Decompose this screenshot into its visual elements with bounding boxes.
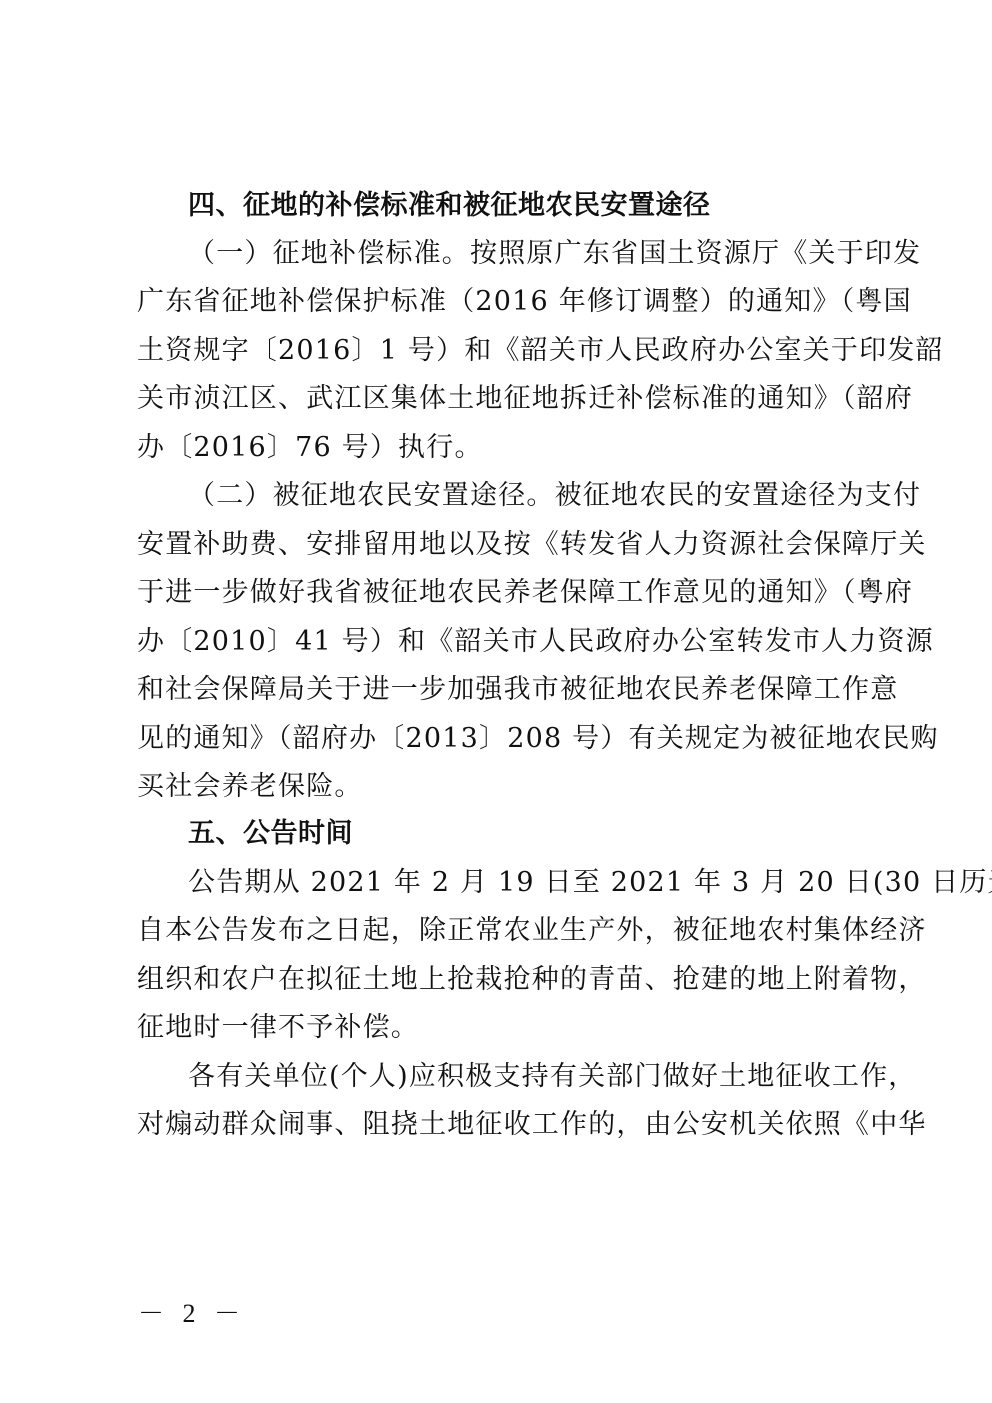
paragraph-line: 办〔2010〕41 号）和《韶关市人民政府办公室转发市人力资源 bbox=[137, 622, 870, 662]
paragraph-line: 安置补助费、安排留用地以及按《转发省人力资源社会保障厅关 bbox=[137, 525, 870, 565]
paragraph-line: 自本公告发布之日起，除正常农业生产外，被征地农村集体经济 bbox=[137, 911, 870, 951]
paragraph-line: 办〔2016〕76 号）执行。 bbox=[137, 428, 870, 468]
paragraph-line: 土资规字〔2016〕1 号）和《韶关市人民政府办公室关于印发韶 bbox=[137, 331, 870, 371]
paragraph-line: 广东省征地补偿保护标准（2016 年修订调整）的通知》（粤国 bbox=[137, 282, 870, 322]
paragraph-line: 买社会养老保险。 bbox=[137, 767, 870, 807]
paragraph-line: 对煽动群众闹事、阻挠土地征收工作的，由公安机关依照《中华 bbox=[137, 1105, 870, 1145]
document-page: 四、征地的补偿标准和被征地农民安置途径 （一）征地补偿标准。按照原广东省国土资源… bbox=[0, 0, 992, 1403]
paragraph-line: 征地时一律不予补偿。 bbox=[137, 1008, 870, 1048]
paragraph-line: 各有关单位(个人)应积极支持有关部门做好土地征收工作， bbox=[188, 1057, 870, 1097]
paragraph-line: 关市浈江区、武江区集体土地征地拆迁补偿标准的通知》（韶府 bbox=[137, 379, 870, 419]
paragraph-line: 公告期从 2021 年 2 月 19 日至 2021 年 3 月 20 日(30… bbox=[188, 863, 870, 903]
section-heading-compensation: 四、征地的补偿标准和被征地农民安置途径 bbox=[188, 186, 870, 226]
paragraph-line: 和社会保障局关于进一步加强我市被征地农民养老保障工作意 bbox=[137, 670, 870, 710]
paragraph-line: 见的通知》（韶府办〔2013〕208 号）有关规定为被征地农民购 bbox=[137, 719, 870, 759]
paragraph-line: （二）被征地农民安置途径。被征地农民的安置途径为支付 bbox=[188, 476, 870, 516]
paragraph-line: （一）征地补偿标准。按照原广东省国土资源厅《关于印发 bbox=[188, 234, 870, 274]
page-number: － 2 － bbox=[138, 1296, 246, 1332]
paragraph-line: 组织和农户在拟征土地上抢栽抢种的青苗、抢建的地上附着物， bbox=[137, 960, 870, 1000]
section-heading-announcement-period: 五、公告时间 bbox=[188, 814, 870, 854]
paragraph-line: 于进一步做好我省被征地农民养老保障工作意见的通知》（粤府 bbox=[137, 573, 870, 613]
